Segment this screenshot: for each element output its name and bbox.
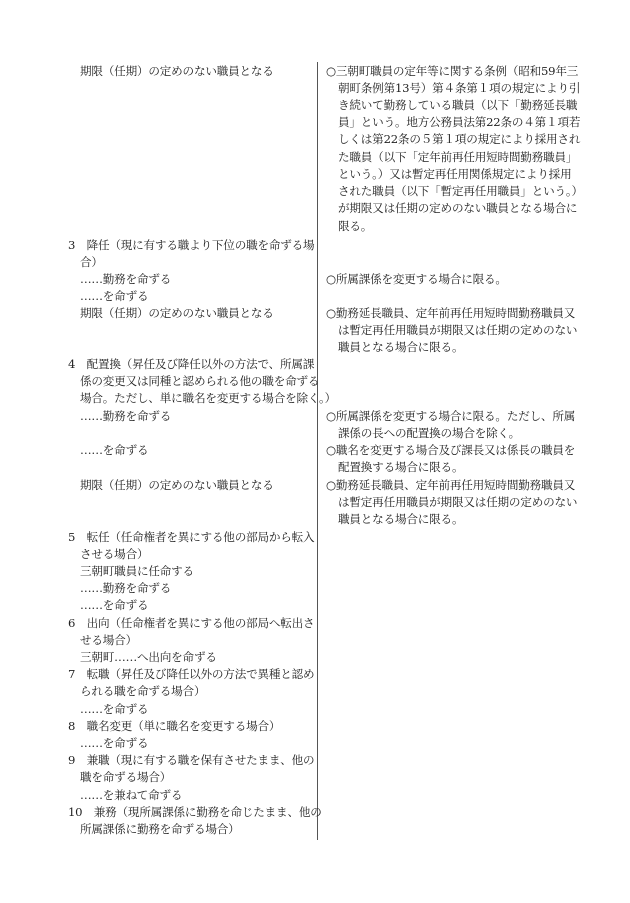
left-text-line: ……を命ずる	[80, 442, 148, 459]
right-text-line: ○職名を変更する場合及び課長又は係長の職員を	[326, 442, 575, 459]
right-text-line: が期限又は任期の定めのない職員となる場合に	[338, 200, 577, 217]
right-text-line: 職員となる場合に限る。	[338, 339, 463, 356]
left-text-line: ……勤務を命ずる	[80, 408, 171, 425]
right-text-line: ○勤務延長職員、定年前再任用短時間勤務職員又	[326, 305, 575, 322]
left-text-line: ……を命ずる	[80, 735, 148, 752]
left-text-line: 期限（任期）の定めのない職員となる	[80, 63, 274, 80]
right-text-line: という。）又は暫定再任用関係規定により採用	[338, 166, 571, 183]
left-text-line: 6 出向（任命権者を異にする他の部局へ転出さ	[68, 615, 314, 632]
left-text-line: 9 兼職（現に有する職を保有させたまま、他の	[68, 752, 314, 769]
left-text-line: 職を命ずる場合）	[80, 769, 171, 786]
left-text-line: ……を命ずる	[80, 597, 148, 614]
right-text-line: た職員（以下「定年前再任用短時間勤務職員」	[338, 149, 577, 166]
right-text-line: 朝町条例第13号）第４条第１項の規定により引	[338, 80, 580, 97]
left-text-line: 4 配置換（昇任及び降任以外の方法で、所属課	[68, 356, 314, 373]
left-text-line: 所属課係に勤務を命ずる場合）	[80, 821, 240, 838]
left-text-line: 10 兼務（現所属課係に勤務を命じたまま、他の	[68, 804, 322, 821]
left-text-line: 係の変更又は同種と認められる他の職を命ずる	[80, 373, 319, 390]
right-text-line: 配置換する場合に限る。	[338, 459, 463, 476]
left-text-line: 8 職名変更（単に職名を変更する場合）	[68, 718, 280, 735]
right-text-line: された職員（以下「暫定再任用職員」という。）	[338, 183, 583, 200]
left-text-line: 場合。ただし、単に職名を変更する場合を除く。）	[80, 390, 336, 407]
right-text-line: ○勤務延長職員、定年前再任用短時間勤務職員又	[326, 477, 575, 494]
right-text-line: 員」という。地方公務員法第22条の４第１項若	[338, 114, 580, 131]
right-text-line: 職員となる場合に限る。	[338, 511, 463, 528]
left-text-line: ……を命ずる	[80, 701, 148, 718]
document-page: 期限（任期）の定めのない職員となる3 降任（現に有する職より下位の職を命ずる場合…	[0, 0, 630, 903]
left-text-line: ……勤務を命ずる	[80, 580, 171, 597]
left-text-line: 期限（任期）の定めのない職員となる	[80, 305, 274, 322]
left-text-line: 5 転任（任命権者を異にする他の部局から転入	[68, 529, 314, 546]
column-divider	[317, 62, 318, 840]
right-text-line: 課係の長への配置換の場合を除く。	[338, 425, 520, 442]
left-text-line: 合）	[80, 254, 103, 271]
left-text-line: 三朝町……へ出向を命ずる	[80, 649, 217, 666]
left-text-line: ……勤務を命ずる	[80, 271, 171, 288]
right-text-line: ○所属課係を変更する場合に限る。ただし、所属	[326, 408, 575, 425]
right-text-line: は暫定再任用職員が期限又は任期の定めのない	[338, 322, 577, 339]
left-text-line: 期限（任期）の定めのない職員となる	[80, 477, 274, 494]
left-text-line: られる職を命ずる場合）	[80, 683, 205, 700]
right-text-line: は暫定再任用職員が期限又は任期の定めのない	[338, 494, 577, 511]
left-text-line: せる場合）	[80, 632, 137, 649]
left-text-line: させる場合）	[80, 546, 148, 563]
right-text-line: 限る。	[338, 218, 372, 235]
right-text-line: しくは第22条の５第１項の規定により採用され	[338, 131, 580, 148]
left-text-line: ……を兼ねて命ずる	[80, 787, 182, 804]
left-text-line: 3 降任（現に有する職より下位の職を命ずる場	[68, 237, 314, 254]
right-text-line: ○三朝町職員の定年等に関する条例（昭和59年三	[326, 63, 578, 80]
left-text-line: 7 転職（昇任及び降任以外の方法で異種と認め	[68, 666, 314, 683]
left-text-line: 三朝町職員に任命する	[80, 563, 194, 580]
left-text-line: ……を命ずる	[80, 288, 148, 305]
right-text-line: き続いて勤務している職員（以下「勤務延長職	[338, 97, 577, 114]
right-text-line: ○所属課係を変更する場合に限る。	[326, 271, 507, 288]
